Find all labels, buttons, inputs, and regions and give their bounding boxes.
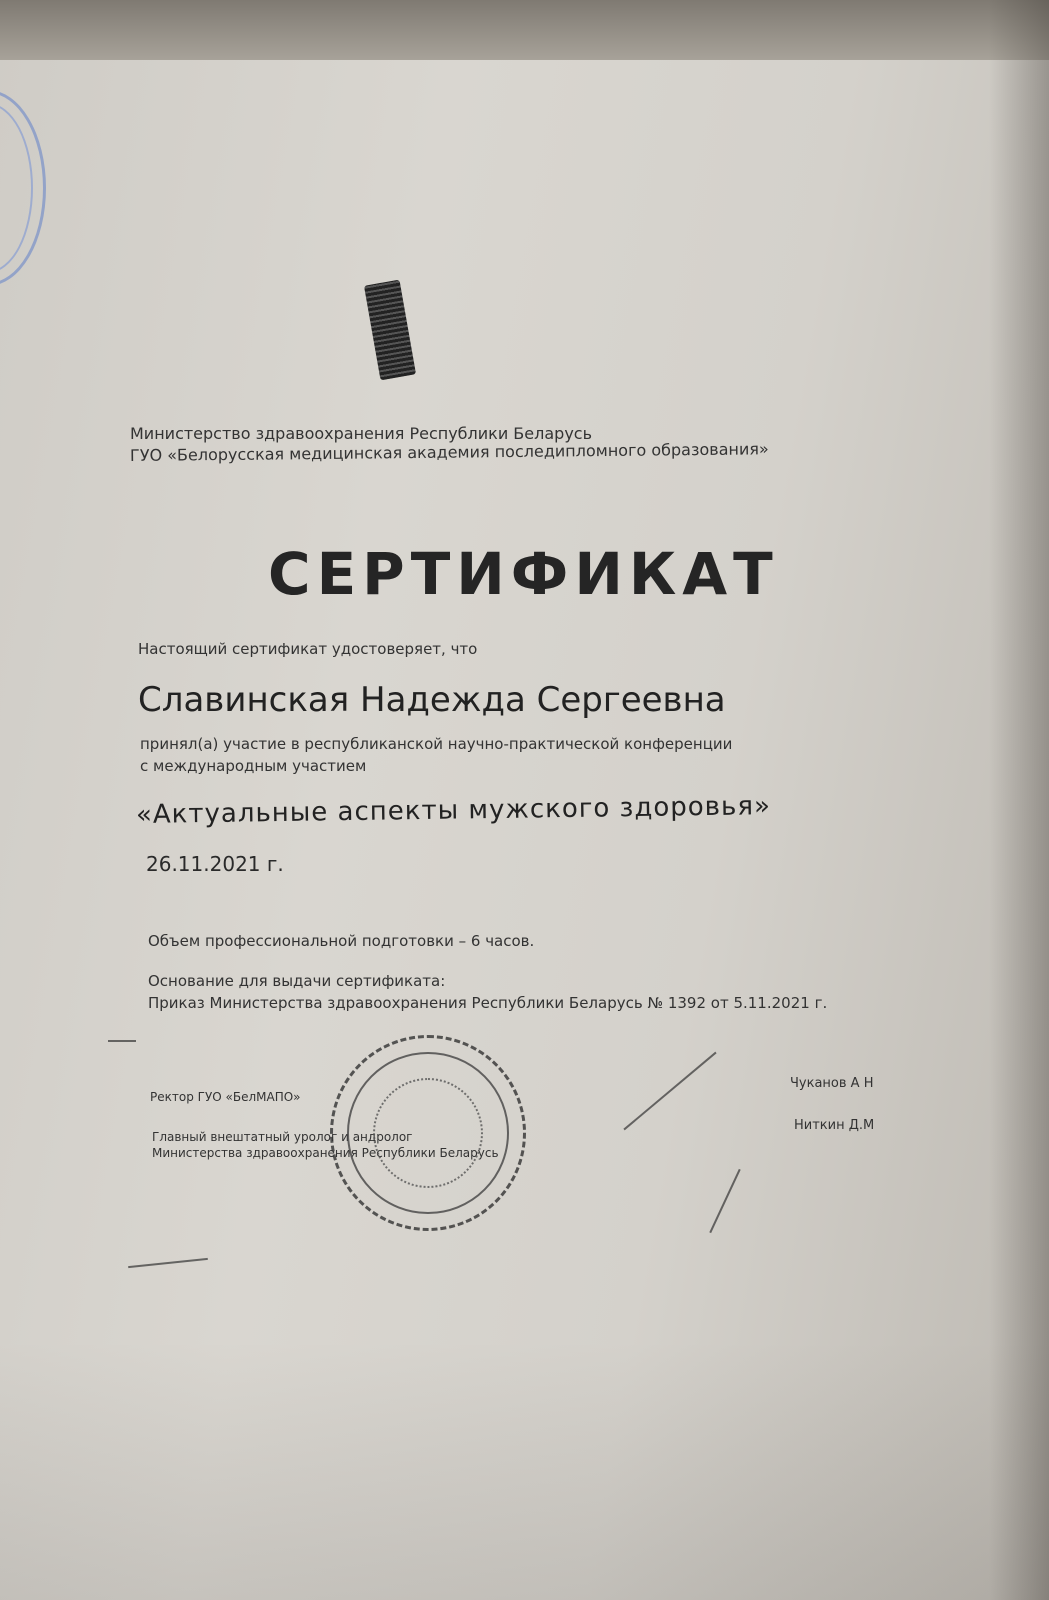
basis-label: Основание для выдачи сертификата:	[148, 972, 445, 990]
photo-top-edge	[0, 0, 1049, 60]
conference-title: «Актуальные аспекты мужского здоровья»	[136, 791, 771, 830]
photo-shadow	[0, 1340, 1049, 1600]
participation-line-1: принял(а) участие в республиканской науч…	[140, 735, 732, 753]
issuer-institution: ГУО «Белорусская медицинская академия по…	[130, 439, 769, 465]
signature-stroke	[709, 1169, 740, 1233]
certificate-title: СЕРТИФИКАТ	[268, 540, 779, 608]
signature-stroke	[623, 1052, 716, 1131]
issuer-ministry: Министерство здравоохранения Республики …	[130, 424, 592, 443]
official-seal-icon	[330, 1035, 526, 1231]
recipient-name: Славинская Надежда Сергеевна	[138, 680, 726, 720]
signature-stroke	[128, 1258, 208, 1268]
partial-stamp-icon	[0, 90, 46, 286]
rector-name: Чуканов А Н	[790, 1076, 873, 1091]
participation-line-2: с международным участием	[140, 757, 366, 775]
chief-name: Ниткин Д.М	[794, 1118, 874, 1133]
signature-stroke	[108, 1040, 136, 1042]
rector-title: Ректор ГУО «БелМАПО»	[150, 1090, 301, 1104]
certifies-text: Настоящий сертификат удостоверяет, что	[138, 640, 477, 658]
basis-order: Приказ Министерства здравоохранения Респ…	[148, 994, 827, 1012]
conference-date: 26.11.2021 г.	[146, 852, 284, 876]
training-volume: Объем профессиональной подготовки – 6 ча…	[148, 932, 534, 950]
photo-shadow	[989, 0, 1049, 1600]
redaction-mark	[364, 280, 416, 381]
